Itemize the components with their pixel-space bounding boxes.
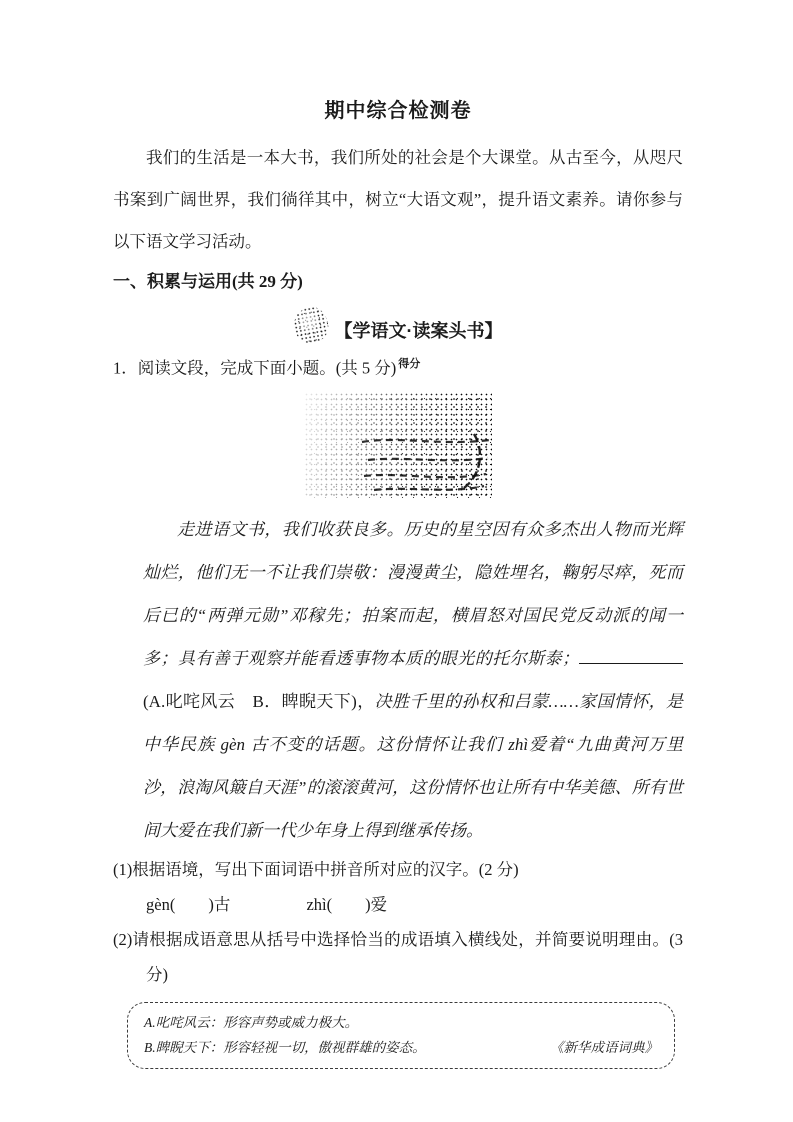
question1-stem-line: 1．阅读文段，完成下面小题。(共 5 分)得分 <box>113 349 683 384</box>
passage-inline-options: (A.叱咤风云 B．睥睨天下)， <box>143 692 375 711</box>
reading-passage: 走进语文书，我们收获良多。历史的星空因有众多杰出人物而光辉灿烂，他们无一不让我们… <box>143 508 683 852</box>
question1-points: (共 5 分) <box>336 359 397 378</box>
passage-part2: 决胜千里的孙权和吕蒙……家国情怀，是中华民族 gèn 古不变的话题。这份情怀让我… <box>143 692 683 840</box>
subquestion-1: (1)根据语境，写出下面词语中拼音所对应的汉字。(2 分) <box>113 852 683 887</box>
idiom-definition-b-row: B.睥睨天下：形容轻视一切，傲视群雄的姿态。 《新华成语词典》 <box>144 1035 658 1060</box>
subquestion-1-points: (2 分) <box>479 860 519 879</box>
idiom-definition-box: A.叱咤风云：形容声势或威力极大。 B.睥睨天下：形容轻视一切，傲视群雄的姿态。… <box>127 1002 675 1069</box>
exam-paper-page: 期中综合检测卷 我们的生活是一本大书，我们所处的社会是个大课堂。从古至今，从咫尺… <box>0 0 793 1122</box>
activity-banner: 【学语文·读案头书】 <box>113 299 683 343</box>
section-points: (共 29 分) <box>232 272 303 291</box>
subquestion-2: (2)请根据成语意思从括号中选择恰当的成语填入横线处，并简要说明理由。(3 分) <box>113 922 683 992</box>
subquestion-2-stem: (2)请根据成语意思从括号中选择恰当的成语填入横线处，并简要说明理由。 <box>113 930 669 949</box>
activity-label: 【学语文·读案头书】 <box>335 317 503 343</box>
page-title: 期中综合检测卷 <box>113 94 683 123</box>
ink-stamp-icon <box>291 304 331 345</box>
pinyin-item-gen: gèn( )古 <box>146 895 230 914</box>
section-heading: 一、积累与运用(共 29 分) <box>113 267 683 297</box>
passage-part1: 走进语文书，我们收获良多。历史的星空因有众多杰出人物而光辉灿烂，他们无一不让我们… <box>143 520 683 668</box>
pinyin-item-zhi: zhì( )爱 <box>306 895 387 914</box>
score-label: 得分 <box>398 358 420 370</box>
pinyin-fill-line: gèn( )古 zhì( )爱 <box>113 887 683 922</box>
scanned-halftone-image <box>304 392 492 498</box>
intro-paragraph: 我们的生活是一本大书，我们所处的社会是个大课堂。从古至今，从咫尺书案到广阔世界，… <box>113 137 683 263</box>
section-title: 一、积累与运用 <box>113 272 232 291</box>
halftone-stroke-marks <box>304 392 492 498</box>
answer-blank-line <box>579 650 683 664</box>
subquestion-1-stem: (1)根据语境，写出下面词语中拼音所对应的汉字。 <box>113 860 479 879</box>
question1-stem: 1．阅读文段，完成下面小题。 <box>113 359 336 378</box>
idiom-definition-b: B.睥睨天下：形容轻视一切，傲视群雄的姿态。 <box>144 1035 426 1060</box>
idiom-source-citation: 《新华成语词典》 <box>550 1035 658 1060</box>
idiom-definition-a: A.叱咤风云：形容声势或威力极大。 <box>144 1010 658 1035</box>
